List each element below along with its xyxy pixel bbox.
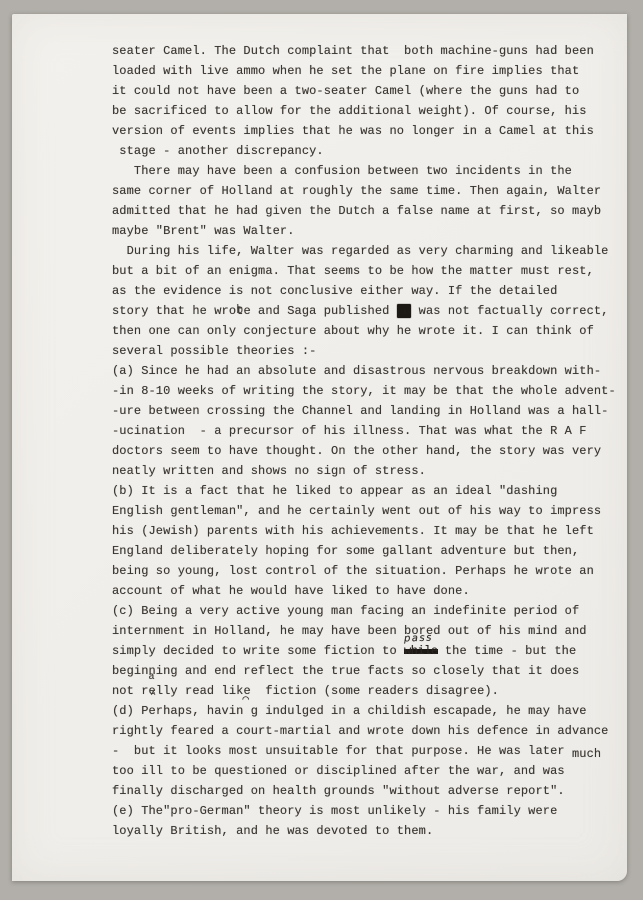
text-line: -ucination - a precursor of his illness.… <box>112 421 612 441</box>
text-line: England deliberately hoping for some gal… <box>112 541 612 561</box>
text-line: -ure between crossing the Channel and la… <box>112 401 612 421</box>
paper-page: seater Camel. The Dutch complaint that b… <box>12 14 627 881</box>
blacked-out-word: im <box>397 304 412 318</box>
text-line: several possible theories :- <box>112 341 612 361</box>
text-line: then one can only conjecture about why h… <box>112 321 612 341</box>
scan-background: { "page": { "background_color": "#b2afaa… <box>0 0 643 900</box>
text-line: maybe "Brent" was Walter. <box>112 221 612 241</box>
text-line: internment in Holland, he may have been … <box>112 621 612 641</box>
typed-stack: ea^ <box>149 681 156 701</box>
text-line: (b) It is a fact that he liked to appear… <box>112 481 612 501</box>
typed-lowered: much <box>572 744 601 764</box>
typed-overstrike: tb <box>236 301 243 321</box>
text-line: same corner of Holland at roughly the sa… <box>112 181 612 201</box>
text-line: (d) Perhaps, havin g⌒ indulged in a chil… <box>112 701 612 721</box>
text-line: version of events implies that he was no… <box>112 121 612 141</box>
text-line: neatly written and shows no sign of stre… <box>112 461 612 481</box>
text-line: story that he wrotbe and Saga published … <box>112 301 612 321</box>
typed-mark-above: g⌒ <box>243 701 258 721</box>
text-line: admitted that he had given the Dutch a f… <box>112 201 612 221</box>
text-line: as the evidence is not conclusive either… <box>112 281 612 301</box>
text-line: beginning and end reflect the true facts… <box>112 661 612 681</box>
text-line: (c) Being a very active young man facing… <box>112 601 612 621</box>
text-line: not rea^lly read like fiction (some read… <box>112 681 612 701</box>
text-line: finally discharged on health grounds "wi… <box>112 781 612 801</box>
text-line: rightly feared a court-martial and wrote… <box>112 721 612 741</box>
text-line: - but it looks most unsuitable for that … <box>112 741 612 761</box>
text-line: (a) Since he had an absolute and disastr… <box>112 361 612 381</box>
text-line: During his life, Walter was regarded as … <box>112 241 612 261</box>
text-line: English gentleman", and he certainly wen… <box>112 501 612 521</box>
text-line: being so young, lost control of the situ… <box>112 561 612 581</box>
text-line: doctors seem to have thought. On the oth… <box>112 441 612 461</box>
text-line: stage - another discrepancy. <box>112 141 612 161</box>
text-line: be sacrificed to allow for the additiona… <box>112 101 612 121</box>
text-line: seater Camel. The Dutch complaint that b… <box>112 41 612 61</box>
typewritten-text: seater Camel. The Dutch complaint that b… <box>112 41 612 841</box>
text-line: account of what he would have liked to h… <box>112 581 612 601</box>
text-line: but a bit of an enigma. That seems to be… <box>112 261 612 281</box>
text-line: it could not have been a two-seater Came… <box>112 81 612 101</box>
text-line: loyally British, and he was devoted to t… <box>112 821 612 841</box>
text-line: loaded with live ammo when he set the pl… <box>112 61 612 81</box>
text-line: too ill to be questioned or disciplined … <box>112 761 612 781</box>
text-line: his (Jewish) parents with his achievemen… <box>112 521 612 541</box>
text-line: (e) The"pro-German" theory is most unlik… <box>112 801 612 821</box>
text-line: There may have been a confusion between … <box>112 161 612 181</box>
handwritten-correction: passwhile <box>404 641 438 661</box>
text-line: -in 8-10 weeks of writing the story, it … <box>112 381 612 401</box>
text-line: simply decided to write some fiction to … <box>112 641 612 661</box>
